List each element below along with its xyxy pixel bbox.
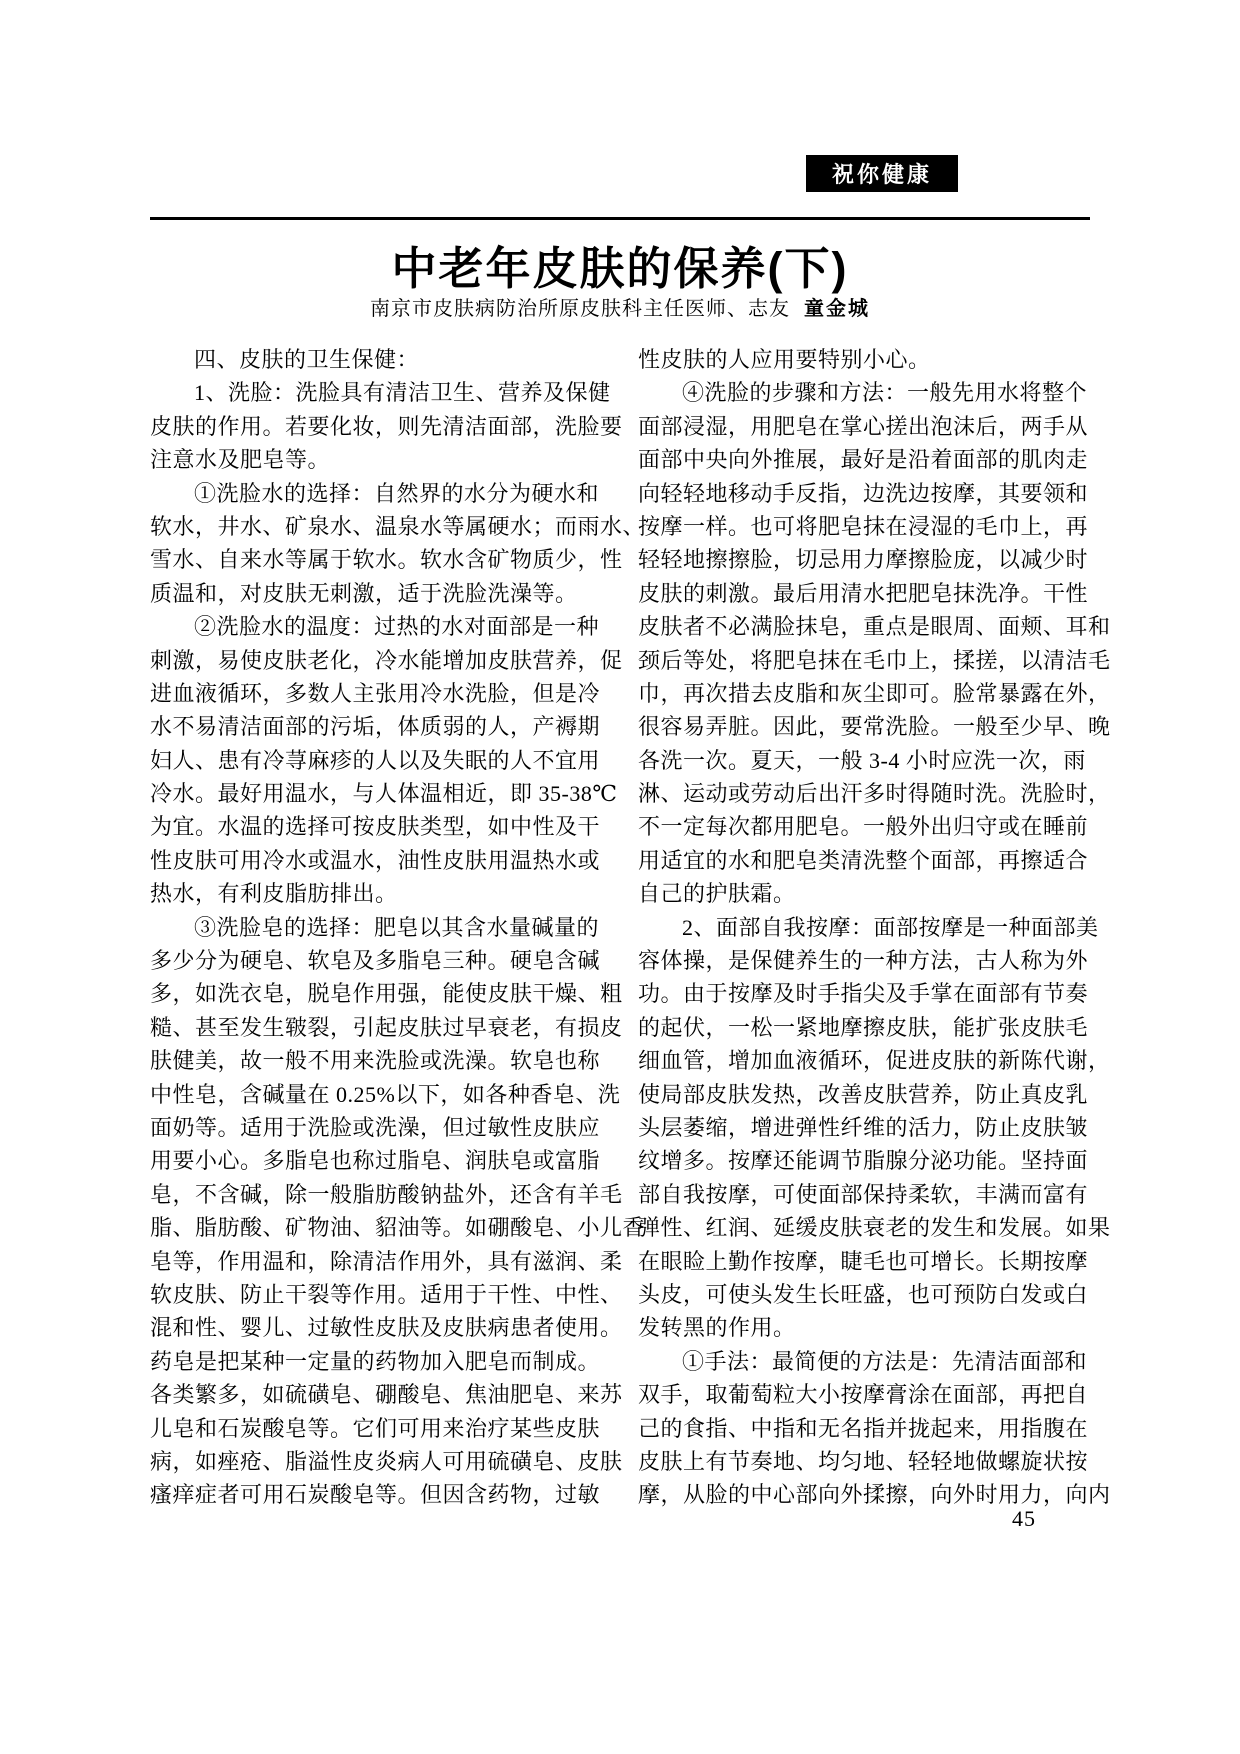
text-line: 功。由于按摩及时手指尖及手掌在面部有节奏 [638, 977, 1090, 1010]
text-line: 淋、运动或劳动后出汗多时得随时洗。洗脸时， [638, 777, 1090, 810]
text-line: 水不易清洁面部的污垢，体质弱的人，产褥期 [150, 710, 602, 743]
text-line: 向轻轻地移动手反指，边洗边按摩，其要领和 [638, 477, 1090, 510]
text-line: 头皮，可使头发生长旺盛，也可预防白发或白 [638, 1278, 1090, 1311]
text-line: 各洗一次。夏天，一般 3-4 小时应洗一次，雨 [638, 744, 1090, 777]
text-line: 皮肤者不必满脸抹皂，重点是眼周、面颊、耳和 [638, 610, 1090, 643]
text-line: 1、洗脸：洗脸具有清洁卫生、营养及保健 [150, 376, 602, 409]
text-line: 用要小心。多脂皂也称过脂皂、润肤皂或富脂 [150, 1144, 602, 1177]
text-line: 病，如痤疮、脂溢性皮炎病人可用硫磺皂、皮肤 [150, 1445, 602, 1478]
text-line: 软皮肤、防止干裂等作用。适用于干性、中性、 [150, 1278, 602, 1311]
text-line: 肤健美，故一般不用来洗脸或洗澡。软皂也称 [150, 1044, 602, 1077]
text-line: 混和性、婴儿、过敏性皮肤及皮肤病患者使用。 [150, 1311, 602, 1344]
text-line: ③洗脸皂的选择：肥皂以其含水量碱量的 [150, 911, 602, 944]
text-line: 皮肤的刺激。最后用清水把肥皂抹洗净。干性 [638, 577, 1090, 610]
page-number: 45 [1012, 1506, 1036, 1532]
text-line: 面奶等。适用于洗脸或洗澡，但过敏性皮肤应 [150, 1111, 602, 1144]
text-line: 皮肤的作用。若要化妆，则先清洁面部，洗脸要 [150, 410, 602, 443]
text-line: 轻轻地擦擦脸，切忌用力摩擦脸庞，以减少时 [638, 543, 1090, 576]
text-line: 皂等，作用温和，除清洁作用外，具有滋润、柔 [150, 1245, 602, 1278]
text-line: 面部中央向外推展，最好是沿着面部的肌肉走 [638, 443, 1090, 476]
text-line: 多少分为硬皂、软皂及多脂皂三种。硬皂含碱 [150, 944, 602, 977]
text-line: 双手，取葡萄粒大小按摩膏涂在面部，再把自 [638, 1378, 1090, 1411]
text-line: 的起伏，一松一紧地摩擦皮肤，能扩张皮肤毛 [638, 1011, 1090, 1044]
text-line: 各类繁多，如硫磺皂、硼酸皂、焦油肥皂、来苏 [150, 1378, 602, 1411]
text-line: ①手法：最简便的方法是：先清洁面部和 [638, 1345, 1090, 1378]
text-line: 软水，井水、矿泉水、温泉水等属硬水；而雨水、 [150, 510, 602, 543]
text-line: 弹性、红润、延缓皮肤衰老的发生和发展。如果 [638, 1211, 1090, 1244]
text-line: 质温和，对皮肤无刺激，适于洗脸洗澡等。 [150, 577, 602, 610]
header-rule [150, 217, 1090, 220]
byline: 南京市皮肤病防治所原皮肤科主任医师、志友童金城 [150, 292, 1090, 321]
text-line: 注意水及肥皂等。 [150, 443, 602, 476]
text-line: 刺激，易使皮肤老化，冷水能增加皮肤营养，促 [150, 644, 602, 677]
text-line: 2、面部自我按摩：面部按摩是一种面部美 [638, 911, 1090, 944]
text-line: 妇人、患有冷荨麻疹的人以及失眠的人不宜用 [150, 744, 602, 777]
text-line: 热水，有利皮脂肪排出。 [150, 877, 602, 910]
text-line: 性皮肤的人应用要特别小心。 [638, 343, 1090, 376]
text-line: 皂，不含碱，除一般脂肪酸钠盐外，还含有羊毛 [150, 1178, 602, 1211]
text-line: 纹增多。按摩还能调节脂腺分泌功能。坚持面 [638, 1144, 1090, 1177]
text-line: 很容易弄脏。因此，要常洗脸。一般至少早、晚 [638, 710, 1090, 743]
text-line: 自己的护肤霜。 [638, 877, 1090, 910]
text-line: 四、皮肤的卫生保健： [150, 343, 602, 376]
text-line: 使局部皮肤发热，改善皮肤营养，防止真皮乳 [638, 1078, 1090, 1111]
text-line: 容体操，是保健养生的一种方法，古人称为外 [638, 944, 1090, 977]
text-line: 儿皂和石炭酸皂等。它们可用来治疗某些皮肤 [150, 1412, 602, 1445]
text-line: 颈后等处，将肥皂抹在毛巾上，揉搓，以清洁毛 [638, 644, 1090, 677]
text-line: 皮肤上有节奏地、均匀地、轻轻地做螺旋状按 [638, 1445, 1090, 1478]
text-line: 头层萎缩，增进弹性纤维的活力，防止皮肤皱 [638, 1111, 1090, 1144]
text-line: 进血液循环，多数人主张用冷水洗脸，但是冷 [150, 677, 602, 710]
text-line: 巾，再次措去皮脂和灰尘即可。脸常暴露在外， [638, 677, 1090, 710]
byline-affiliation: 南京市皮肤病防治所原皮肤科主任医师、志友 [370, 298, 790, 320]
text-line: 不一定每次都用肥皂。一般外出归守或在睡前 [638, 810, 1090, 843]
text-line: 雪水、自来水等属于软水。软水含矿物质少，性 [150, 543, 602, 576]
text-line: 用适宜的水和肥皂类清洗整个面部，再擦适合 [638, 844, 1090, 877]
article-title: 中老年皮肤的保养(下) [150, 232, 1090, 297]
text-line: 发转黑的作用。 [638, 1311, 1090, 1344]
text-line: ④洗脸的步骤和方法：一般先用水将整个 [638, 376, 1090, 409]
magazine-page: 祝你健康 中老年皮肤的保养(下) 南京市皮肤病防治所原皮肤科主任医师、志友童金城… [0, 0, 1240, 1754]
text-line: 中性皂，含碱量在 0.25%以下，如各种香皂、洗 [150, 1078, 602, 1111]
text-line: 性皮肤可用冷水或温水，油性皮肤用温热水或 [150, 844, 602, 877]
text-line: 细血管，增加血液循环，促进皮肤的新陈代谢， [638, 1044, 1090, 1077]
text-line: 瘙痒症者可用石炭酸皂等。但因含药物，过敏 [150, 1478, 602, 1511]
text-line: 为宜。水温的选择可按皮肤类型，如中性及干 [150, 810, 602, 843]
byline-author: 童金城 [804, 298, 870, 320]
text-line: 部自我按摩，可使面部保持柔软，丰满而富有 [638, 1178, 1090, 1211]
text-line: 己的食指、中指和无名指并拢起来，用指腹在 [638, 1412, 1090, 1445]
text-column-left: 四、皮肤的卫生保健：1、洗脸：洗脸具有清洁卫生、营养及保健皮肤的作用。若要化妆，… [150, 343, 602, 1512]
text-line: 脂、脂肪酸、矿物油、貂油等。如硼酸皂、小儿香 [150, 1211, 602, 1244]
text-line: 在眼睑上勤作按摩，睫毛也可增长。长期按摩 [638, 1245, 1090, 1278]
text-line: 药皂是把某种一定量的药物加入肥皂而制成。 [150, 1345, 602, 1378]
text-line: 面部浸湿，用肥皂在掌心搓出泡沫后，两手从 [638, 410, 1090, 443]
text-line: ②洗脸水的温度：过热的水对面部是一种 [150, 610, 602, 643]
text-line: 冷水。最好用温水，与人体温相近，即 35-38℃ [150, 777, 602, 810]
header-badge: 祝你健康 [806, 155, 958, 192]
text-line: 糙、甚至发生皲裂，引起皮肤过早衰老，有损皮 [150, 1011, 602, 1044]
text-line: 多，如洗衣皂，脱皂作用强，能使皮肤干燥、粗 [150, 977, 602, 1010]
text-column-right: 性皮肤的人应用要特别小心。④洗脸的步骤和方法：一般先用水将整个面部浸湿，用肥皂在… [638, 343, 1090, 1512]
text-line: ①洗脸水的选择：自然界的水分为硬水和 [150, 477, 602, 510]
text-line: 按摩一样。也可将肥皂抹在浸湿的毛巾上，再 [638, 510, 1090, 543]
